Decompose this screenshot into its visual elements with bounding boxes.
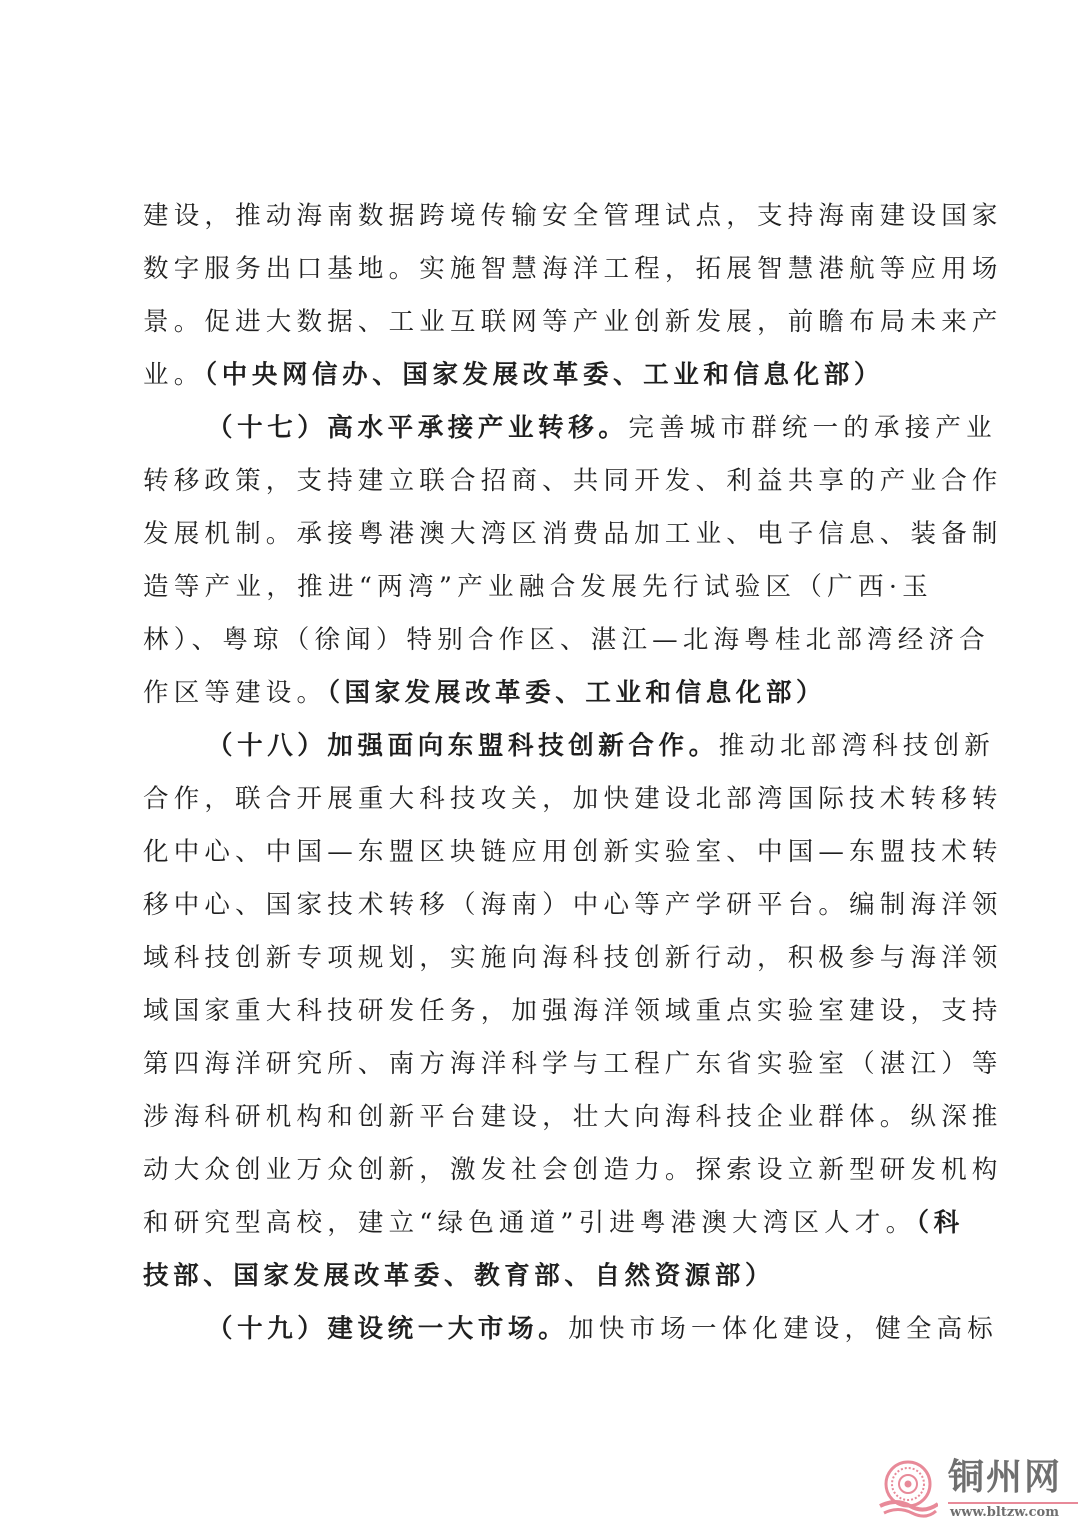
site-watermark: 铜州网 www.bltzw.com: [878, 1455, 1078, 1525]
paragraph-continued: 建设，推动海南数据跨境传输安全管理试点，支持海南建设国家 数字服务出口基地。实施…: [143, 190, 933, 402]
text-line: （十七）高水平承接产业转移。完善城市群统一的承接产业: [143, 402, 933, 455]
text-line: 技部、国家发展改革委、教育部、自然资源部）: [143, 1250, 933, 1303]
text-line: 移中心、国家技术转移（海南）中心等产学研平台。编制海洋领: [143, 879, 933, 932]
paragraph-17: （十七）高水平承接产业转移。完善城市群统一的承接产业 转移政策，支持建立联合招商…: [143, 402, 933, 720]
text-line: 发展机制。承接粤港澳大湾区消费品加工业、电子信息、装备制: [143, 508, 933, 561]
text-line: 林）、粤琼（徐闻）特别合作区、湛江—北海粤桂北部湾经济合: [143, 614, 933, 667]
section-heading: （十八）加强面向东盟科技创新合作。: [207, 731, 719, 761]
text-run: 景。促进大数据、工业互联网等产业创新发展，前瞻布局未来产: [143, 307, 1003, 337]
responsible-departments: （国家发展改革委、工业和信息化部）: [327, 678, 826, 708]
text-run: 数字服务出口基地。实施智慧海洋工程，拓展智慧港航等应用场: [143, 254, 1003, 284]
text-run: 建设，推动海南数据跨境传输安全管理试点，支持海南建设国家: [143, 201, 1003, 231]
text-run: 域国家重大科技研发任务，加强海洋领域重点实验室建设，支持: [143, 996, 1003, 1026]
text-run: 化中心、中国—东盟区块链应用创新实验室、中国—东盟技术转: [143, 837, 1003, 867]
text-run: 推动北部湾科技创新: [719, 731, 995, 761]
text-run: 移中心、国家技术转移（海南）中心等产学研平台。编制海洋领: [143, 890, 1003, 920]
text-line: 造等产业，推进“两湾”产业融合发展先行试验区（广西·玉: [143, 561, 933, 614]
document-page: 建设，推动海南数据跨境传输安全管理试点，支持海南建设国家 数字服务出口基地。实施…: [143, 190, 933, 1356]
text-line: 化中心、中国—东盟区块链应用创新实验室、中国—东盟技术转: [143, 826, 933, 879]
text-run: 发展机制。承接粤港澳大湾区消费品加工业、电子信息、装备制: [143, 519, 1003, 549]
text-run: 业。: [143, 360, 204, 390]
text-line: 建设，推动海南数据跨境传输安全管理试点，支持海南建设国家: [143, 190, 933, 243]
text-run: 作区等建设。: [143, 678, 327, 708]
text-run: 和研究型高校，建立“绿色通道”引进粤港澳大湾区人才。: [143, 1208, 916, 1238]
text-line: 第四海洋研究所、南方海洋科学与工程广东省实验室（湛江）等: [143, 1038, 933, 1091]
text-run: 转移政策，支持建立联合招商、共同开发、利益共享的产业合作: [143, 466, 1003, 496]
responsible-departments: 技部、国家发展改革委、教育部、自然资源部）: [143, 1261, 775, 1291]
text-run: 造等产业，推进“两湾”产业融合发展先行试验区（广西·玉: [143, 572, 933, 602]
text-run: 林）、粤琼（徐闻）特别合作区、湛江—北海粤桂北部湾经济合: [143, 625, 990, 655]
responsible-departments: （中央网信办、国家发展改革委、工业和信息化部）: [204, 360, 884, 390]
text-line: （十九）建设统一大市场。加快市场一体化建设，健全高标: [143, 1303, 933, 1356]
text-run: 合作，联合开展重大科技攻关，加快建设北部湾国际技术转移转: [143, 784, 1003, 814]
section-heading: （十七）高水平承接产业转移。: [207, 413, 628, 443]
site-url: www.bltzw.com: [950, 1505, 1059, 1520]
section-heading: （十九）建设统一大市场。: [207, 1314, 568, 1344]
text-line: 作区等建设。（国家发展改革委、工业和信息化部）: [143, 667, 933, 720]
text-line: 域科技创新专项规划，实施向海科技创新行动，积极参与海洋领: [143, 932, 933, 985]
responsible-departments: （科: [916, 1208, 963, 1238]
text-line: （十八）加强面向东盟科技创新合作。推动北部湾科技创新: [143, 720, 933, 773]
text-line: 景。促进大数据、工业互联网等产业创新发展，前瞻布局未来产: [143, 296, 933, 349]
seal-wave-logo-icon: [878, 1458, 938, 1518]
text-run: 完善城市群统一的承接产业: [628, 413, 996, 443]
text-line: 数字服务出口基地。实施智慧海洋工程，拓展智慧港航等应用场: [143, 243, 933, 296]
text-line: 转移政策，支持建立联合招商、共同开发、利益共享的产业合作: [143, 455, 933, 508]
text-run: 第四海洋研究所、南方海洋科学与工程广东省实验室（湛江）等: [143, 1049, 1003, 1079]
text-line: 域国家重大科技研发任务，加强海洋领域重点实验室建设，支持: [143, 985, 933, 1038]
paragraph-19: （十九）建设统一大市场。加快市场一体化建设，健全高标: [143, 1303, 933, 1356]
text-line: 涉海科研机构和创新平台建设，壮大向海科技企业群体。纵深推: [143, 1091, 933, 1144]
text-run: 动大众创业万众创新，激发社会创造力。探索设立新型研发机构: [143, 1155, 1003, 1185]
text-run: 域科技创新专项规划，实施向海科技创新行动，积极参与海洋领: [143, 943, 1003, 973]
text-run: 涉海科研机构和创新平台建设，壮大向海科技企业群体。纵深推: [143, 1102, 1003, 1132]
paragraph-18: （十八）加强面向东盟科技创新合作。推动北部湾科技创新 合作，联合开展重大科技攻关…: [143, 720, 933, 1303]
text-line: 和研究型高校，建立“绿色通道”引进粤港澳大湾区人才。（科: [143, 1197, 933, 1250]
text-line: 业。（中央网信办、国家发展改革委、工业和信息化部）: [143, 349, 933, 402]
site-name: 铜州网: [948, 1455, 1062, 1499]
divider: [948, 1502, 1078, 1504]
text-line: 合作，联合开展重大科技攻关，加快建设北部湾国际技术转移转: [143, 773, 933, 826]
text-line: 动大众创业万众创新，激发社会创造力。探索设立新型研发机构: [143, 1144, 933, 1197]
text-run: 加快市场一体化建设，健全高标: [568, 1314, 998, 1344]
